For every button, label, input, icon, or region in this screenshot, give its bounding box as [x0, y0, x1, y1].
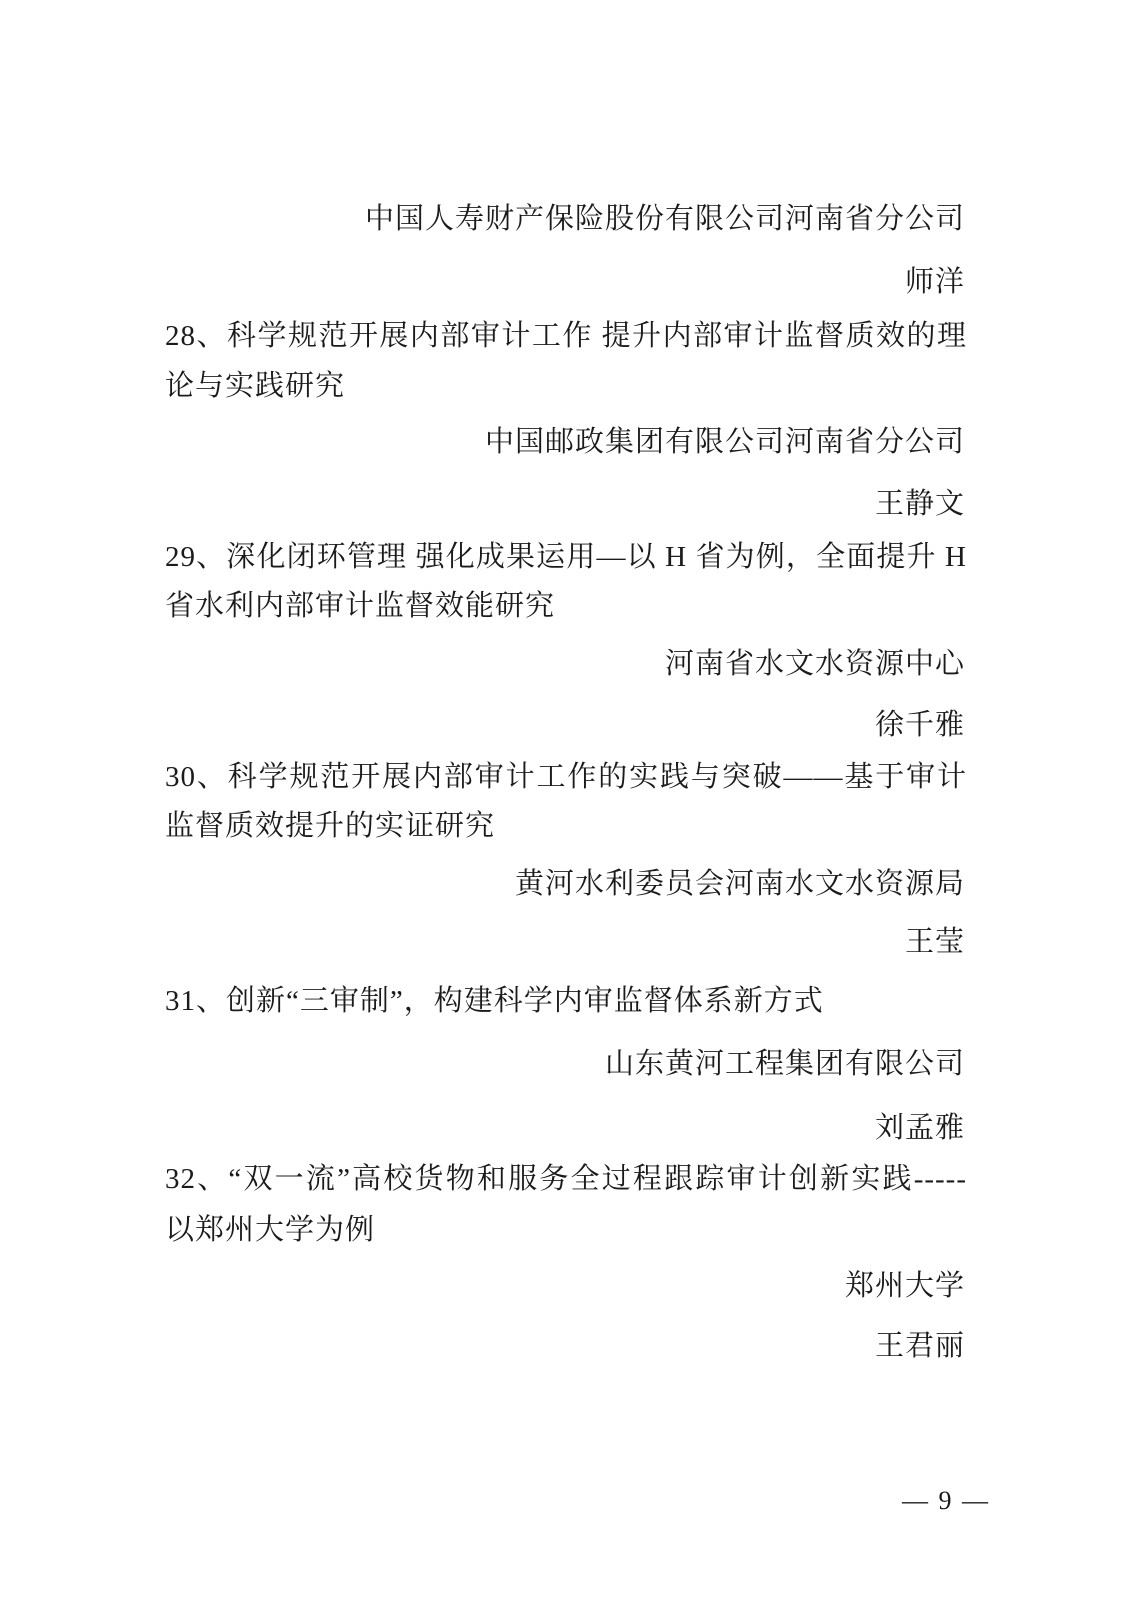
- page-number: — 9 —: [902, 1486, 990, 1516]
- entry-title-line: 监督质效提升的实证研究: [165, 808, 967, 845]
- entry-org: 黄河水利委员会河南水文水资源局: [515, 866, 965, 903]
- entry-title-line: 32、“双一流”高校货物和服务全过程跟踪审计创新实践-----: [165, 1161, 967, 1198]
- entry-title-line: 30、科学规范开展内部审计工作的实践与突破——基于审计: [165, 759, 967, 796]
- entry-author: 徐千雅: [875, 707, 965, 744]
- entry-title-line: 29、深化闭环管理 强化成果运用—以 H 省为例，全面提升 H: [165, 539, 967, 576]
- entry-title-line: 论与实践研究: [165, 368, 967, 405]
- entry-org: 中国邮政集团有限公司河南省分公司: [485, 424, 965, 461]
- entry-title-line: 28、科学规范开展内部审计工作 提升内部审计监督质效的理: [165, 318, 967, 355]
- entry-title-line: 省水利内部审计监督效能研究: [165, 588, 967, 625]
- entry-author: 王莹: [905, 924, 965, 961]
- entry-author: 王君丽: [875, 1328, 965, 1365]
- entry-author: 刘孟雅: [875, 1110, 965, 1147]
- entry-title-line: 以郑州大学为例: [165, 1212, 967, 1249]
- document-page: 中国人寿财产保险股份有限公司河南省分公司 师洋 28、科学规范开展内部审计工作 …: [0, 0, 1131, 1600]
- entry-author: 王静文: [875, 486, 965, 523]
- entry-org: 河南省水文水资源中心: [665, 646, 965, 683]
- entry-org: 山东黄河工程集团有限公司: [605, 1046, 965, 1083]
- entry-org: 中国人寿财产保险股份有限公司河南省分公司: [365, 201, 965, 238]
- entry-org: 郑州大学: [845, 1268, 965, 1305]
- entry-author: 师洋: [905, 264, 965, 301]
- entry-title-line: 31、创新“三审制”，构建科学内审监督体系新方式: [165, 983, 967, 1020]
